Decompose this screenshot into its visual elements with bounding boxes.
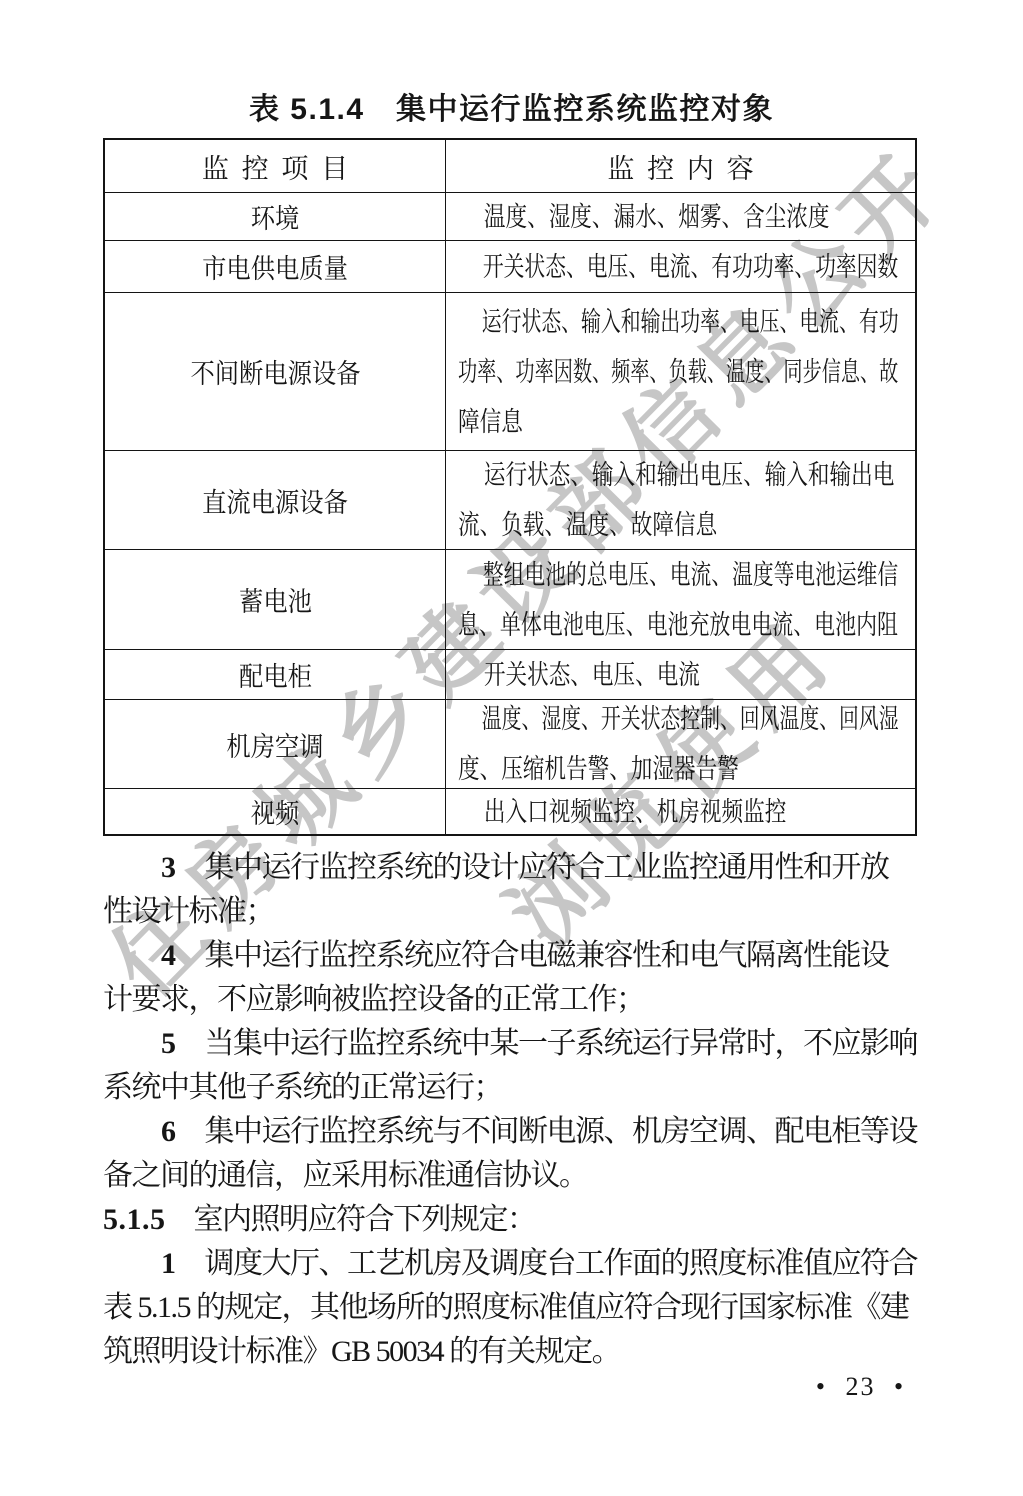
monitored-item-cell: 视频 — [105, 789, 446, 834]
monitored-content-line: 障信息 — [458, 397, 817, 447]
clause-number: 5.1.5 — [103, 1203, 166, 1236]
clause-line: 1调度大厅、工艺机房及调度台工作面的照度标准值应符合 — [103, 1242, 927, 1286]
table-row: 直流电源设备运行状态、输入和输出电压、输入和输出电流、负载、温度、故障信息 — [105, 450, 915, 549]
clause-line-text: 计要求，不应影响被监控设备的正常工作； — [103, 983, 645, 1016]
table-row: 视频出入口视频监控、机房视频监控 — [105, 788, 915, 834]
monitored-item-label: 不间断电源设备 — [190, 352, 360, 391]
clause-line: 5当集中运行监控系统中某一子系统运行异常时，不应影响 — [103, 1022, 927, 1066]
monitored-content-cell: 运行状态、输入和输出电压、输入和输出电流、负载、温度、故障信息 — [446, 451, 915, 549]
clause-line-text: 室内照明应符合下列规定： — [194, 1203, 536, 1236]
monitored-content-line: 出入口视频监控、机房视频监控 — [458, 789, 817, 834]
table-caption: 表 5.1.4 集中运行监控系统监控对象 — [0, 84, 1023, 128]
clause-line-text: 调度大厅、工艺机房及调度台工作面的照度标准值应符合 — [205, 1247, 918, 1280]
monitored-item-label: 机房空调 — [226, 725, 323, 764]
clause-line: 备之间的通信，应采用标准通信协议。 — [103, 1154, 927, 1198]
table-row: 机房空调温度、湿度、开关状态控制、回风温度、回风湿度、压缩机告警、加湿器告警 — [105, 699, 915, 788]
monitored-content-line: 度、压缩机告警、加湿器告警 — [458, 744, 817, 788]
monitored-content-cell: 温度、湿度、漏水、烟雾、含尘浓度 — [446, 193, 915, 240]
clause-line: 计要求，不应影响被监控设备的正常工作； — [103, 978, 927, 1022]
monitored-content-cell: 运行状态、输入和输出功率、电压、电流、有功功率、功率因数、频率、负载、温度、同步… — [446, 293, 915, 450]
clause-line-text: 筑照明设计标准》GB 50034 的有关规定。 — [103, 1335, 620, 1368]
table-header-content-column: 监 控 内 容 — [446, 140, 915, 192]
monitored-content-line: 流、负载、温度、故障信息 — [458, 500, 817, 549]
monitored-content-cell: 开关状态、电压、电流、有功功率、功率因数 — [446, 241, 915, 292]
monitored-content-cell: 开关状态、电压、电流 — [446, 650, 915, 699]
clause-line: 性设计标准； — [103, 890, 927, 934]
monitored-item-cell: 市电供电质量 — [105, 241, 446, 292]
monitored-item-label: 配电柜 — [239, 655, 312, 694]
monitored-item-label: 环境 — [251, 197, 300, 236]
monitored-item-label: 蓄电池 — [239, 580, 312, 619]
monitored-item-label: 直流电源设备 — [202, 481, 348, 520]
clause-line: 筑照明设计标准》GB 50034 的有关规定。 — [103, 1330, 927, 1374]
clause-line-text: 当集中运行监控系统中某一子系统运行异常时，不应影响 — [205, 1027, 918, 1060]
clause-text-block: 3集中运行监控系统的设计应符合工业监控通用性和开放性设计标准；4集中运行监控系统… — [103, 846, 927, 1374]
monitored-item-label: 市电供电质量 — [202, 247, 348, 286]
monitored-item-cell: 配电柜 — [105, 650, 446, 699]
table-row: 蓄电池整组电池的总电压、电流、温度等电池运维信息、单体电池电压、电池充放电电流、… — [105, 549, 915, 649]
monitored-item-cell: 蓄电池 — [105, 550, 446, 649]
monitored-content-cell: 整组电池的总电压、电流、温度等电池运维信息、单体电池电压、电池充放电电流、电池内… — [446, 550, 915, 649]
table-row: 市电供电质量开关状态、电压、电流、有功功率、功率因数 — [105, 240, 915, 292]
clause-line-text: 性设计标准； — [103, 895, 274, 928]
clause-number: 4 — [161, 939, 177, 972]
clause-line-text: 表 5.1.5 的规定，其他场所的照度标准值应符合现行国家标准《建 — [103, 1291, 909, 1324]
monitored-content-cell: 温度、湿度、开关状态控制、回风温度、回风湿度、压缩机告警、加湿器告警 — [446, 700, 915, 788]
table-header-row: 监 控 项 目 监 控 内 容 — [105, 140, 915, 192]
clause-line: 系统中其他子系统的正常运行； — [103, 1066, 927, 1110]
monitored-item-cell: 环境 — [105, 193, 446, 240]
monitored-content-line: 运行状态、输入和输出电压、输入和输出电 — [458, 451, 817, 500]
monitored-content-cell: 出入口视频监控、机房视频监控 — [446, 789, 915, 834]
clause-number: 3 — [161, 851, 177, 884]
clause-number: 1 — [161, 1247, 177, 1280]
clause-line-text: 系统中其他子系统的正常运行； — [103, 1071, 502, 1104]
monitored-item-cell: 不间断电源设备 — [105, 293, 446, 450]
table-row: 配电柜开关状态、电压、电流 — [105, 649, 915, 699]
monitoring-objects-table: 监 控 项 目 监 控 内 容 环境温度、湿度、漏水、烟雾、含尘浓度市电供电质量… — [103, 138, 917, 836]
monitored-content-line: 息、单体电池电压、电池充放电电流、电池内阻 — [458, 600, 806, 650]
clause-line: 6集中运行监控系统与不间断电源、机房空调、配电柜等设 — [103, 1110, 927, 1154]
monitored-content-line: 运行状态、输入和输出功率、电压、电流、有功 — [458, 297, 788, 347]
clause-line: 3集中运行监控系统的设计应符合工业监控通用性和开放 — [103, 846, 927, 890]
monitored-item-cell: 直流电源设备 — [105, 451, 446, 549]
page-number: • 23 • — [788, 1372, 933, 1402]
clause-line-text: 备之间的通信，应采用标准通信协议。 — [103, 1159, 588, 1192]
clause-line: 4集中运行监控系统应符合电磁兼容性和电气隔离性能设 — [103, 934, 927, 978]
clause-line: 表 5.1.5 的规定，其他场所的照度标准值应符合现行国家标准《建 — [103, 1286, 927, 1330]
document-page: 住房城乡建设部信息公开 浏览使用 表 5.1.4 集中运行监控系统监控对象 监 … — [0, 0, 1023, 1496]
monitored-content-line: 温度、湿度、开关状态控制、回风温度、回风湿 — [458, 700, 788, 744]
monitored-content-line: 开关状态、电压、电流、有功功率、功率因数 — [458, 242, 803, 292]
monitored-item-cell: 机房空调 — [105, 700, 446, 788]
monitored-content-line: 开关状态、电压、电流 — [458, 650, 817, 699]
table-row: 不间断电源设备运行状态、输入和输出功率、电压、电流、有功功率、功率因数、频率、负… — [105, 292, 915, 450]
monitored-content-line: 整组电池的总电压、电流、温度等电池运维信 — [458, 550, 803, 600]
clause-line: 5.1.5室内照明应符合下列规定： — [103, 1198, 927, 1242]
clause-number: 5 — [161, 1027, 177, 1060]
clause-number: 6 — [161, 1115, 177, 1148]
clause-line-text: 集中运行监控系统应符合电磁兼容性和电气隔离性能设 — [205, 939, 889, 972]
table-header-item-column: 监 控 项 目 — [105, 140, 446, 192]
clause-line-text: 集中运行监控系统与不间断电源、机房空调、配电柜等设 — [205, 1115, 918, 1148]
monitored-item-label: 视频 — [251, 792, 300, 831]
clause-line-text: 集中运行监控系统的设计应符合工业监控通用性和开放 — [205, 851, 889, 884]
monitored-content-line: 温度、湿度、漏水、烟雾、含尘浓度 — [458, 193, 817, 240]
table-row: 环境温度、湿度、漏水、烟雾、含尘浓度 — [105, 192, 915, 240]
monitored-content-line: 功率、功率因数、频率、负载、温度、同步信息、故 — [458, 347, 776, 397]
